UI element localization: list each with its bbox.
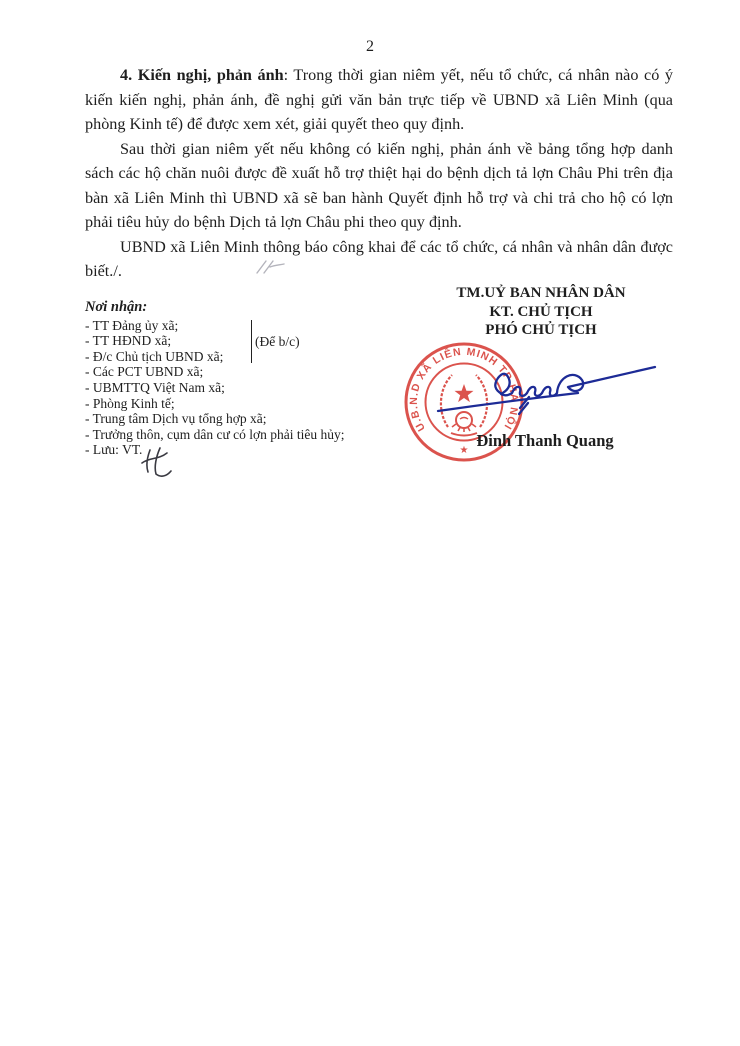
paragraph-kien-nghi: 4. Kiến nghị, phản ánh: Trong thời gian … [85, 63, 673, 137]
paragraph-lead-bold: 4. Kiến nghị, phản ánh [120, 66, 284, 84]
paragraph-sau-thoi-gian: Sau thời gian niêm yết nếu không có kiến… [85, 137, 673, 235]
document-page: 2 4. Kiến nghị, phản ánh: Trong thời gia… [0, 0, 740, 1046]
recipients-heading: Nơi nhận: [85, 300, 415, 316]
bc-note-bracket: (Để b/c) [251, 320, 300, 363]
document-body: 4. Kiến nghị, phản ánh: Trong thời gian … [85, 63, 673, 284]
bc-note: (Để b/c) [252, 334, 300, 350]
handwritten-initial-icon [141, 447, 175, 479]
list-item: - Lưu: VT. [85, 442, 415, 458]
list-item: - UBMTTQ Việt Nam xã; [85, 380, 415, 396]
authority-line-2: KT. CHỦ TỊCH [406, 303, 676, 322]
list-item: - Đ/c Chủ tịch UBND xã; [85, 349, 415, 365]
signature-main-stroke [495, 367, 655, 396]
list-item: - TT Đảng ủy xã; [85, 318, 415, 334]
signature-authority-block: TM.UỶ BAN NHÂN DÂN KT. CHỦ TỊCH PHÓ CHỦ … [406, 284, 676, 340]
signature-scribble [428, 358, 660, 426]
signer-name: Đinh Thanh Quang [425, 431, 665, 451]
authority-line-3: PHÓ CHỦ TỊCH [406, 321, 676, 340]
paragraph-thong-bao: UBND xã Liên Minh thông báo công khai để… [85, 235, 673, 284]
page-number: 2 [0, 38, 740, 56]
list-item: - Phòng Kinh tế; [85, 396, 415, 412]
list-item: - TT HĐND xã; [85, 333, 415, 349]
authority-line-1: TM.UỶ BAN NHÂN DÂN [406, 284, 676, 303]
list-item: - Trưởng thôn, cụm dân cư có lợn phải ti… [85, 427, 415, 443]
list-item: - Các PCT UBND xã; [85, 364, 415, 380]
recipients-block: Nơi nhận: - TT Đảng ủy xã; - TT HĐND xã;… [85, 300, 415, 458]
recipients-list: - TT Đảng ủy xã; - TT HĐND xã; - Đ/c Chủ… [85, 318, 415, 458]
pen-mark-icon [249, 258, 285, 276]
list-item: - Trung tâm Dịch vụ tổng hợp xã; [85, 411, 415, 427]
